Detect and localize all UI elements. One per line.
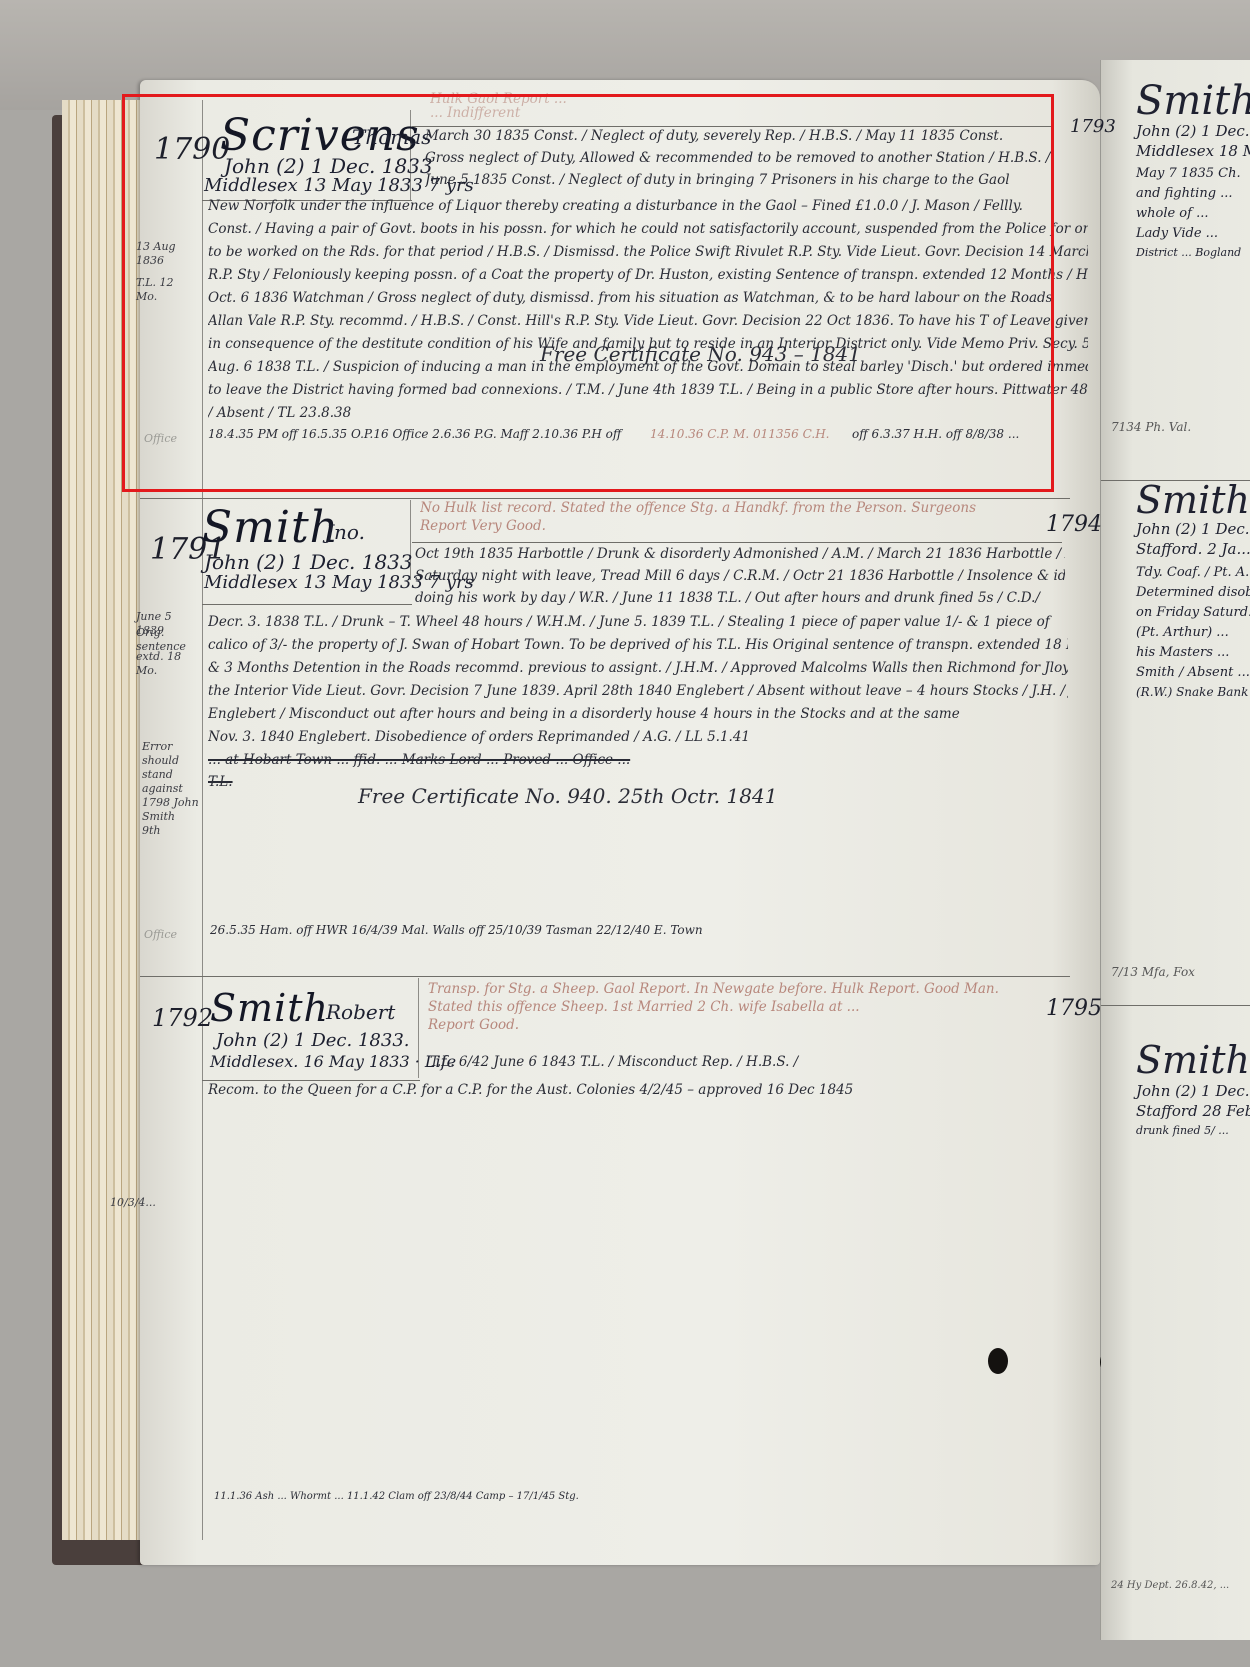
footer-line: 11.1.36 Ash ... Whormt ... 11.1.42 Clam … — [214, 1484, 634, 1509]
facing-note: his Masters ... — [1136, 645, 1229, 660]
facing-note: drunk fined 5/ ... — [1136, 1124, 1229, 1137]
facing-surname-3: Smith — [1136, 1038, 1250, 1082]
hulk-remark: Report Very Good. — [420, 514, 1060, 539]
struck-line: T.L. — [208, 770, 268, 795]
entry-number: 1792 — [152, 1004, 213, 1032]
facing-ship-2: John (2) 1 Dec. — [1136, 520, 1250, 538]
facing-surname-2: Smith — [1136, 478, 1250, 522]
record-line: doing his work by day / W.R. / June 11 1… — [415, 586, 1065, 611]
error-note-line: should stand — [142, 754, 200, 782]
record-line: & 3 Months Detention in the Roads recomm… — [208, 656, 1068, 681]
entry-trial: Middlesex. 16 May 1833 · Life — [210, 1052, 456, 1071]
facing-ship-1: John (2) 1 Dec. — [1136, 122, 1250, 140]
facing-note: Determined disobe... — [1136, 585, 1250, 600]
record-line: Recom. to the Queen for a C.P. for a C.P… — [208, 1078, 1068, 1103]
entry-ship: John (2) 1 Dec. 1833 — [204, 550, 413, 574]
facing-note: Tdy. Coaf. / Pt. A. — [1136, 565, 1249, 580]
hulk-remark: Report Good. — [428, 1016, 1068, 1034]
ink-blot — [988, 1348, 1008, 1374]
record-line: calico of 3/- the property of J. Swan of… — [208, 633, 1068, 658]
entry-ship: John (2) 1 Dec. 1833. — [216, 1030, 410, 1051]
margin-note: 10/3/4... — [110, 1196, 140, 1210]
record-line: the Interior Vide Lieut. Govr. Decision … — [208, 679, 1068, 704]
facing-footer: 24 Hy Dept. 26.8.42, ... — [1111, 1580, 1229, 1591]
facing-trial-3: Stafford 28 Feb. — [1136, 1102, 1250, 1120]
facing-ship-3: John (2) 1 Dec. — [1136, 1082, 1250, 1100]
error-note: Error should stand against 1798 John Smi… — [142, 740, 200, 838]
entry-given-name: Robert — [326, 1000, 395, 1024]
record-line: T.L. 6/42 June 6 1843 T.L. / Misconduct … — [430, 1050, 1050, 1075]
office-line: 26.5.35 Ham. off HWR 16/4/39 Mal. Walls … — [210, 918, 810, 943]
facing-note: Smith / Absent ... — [1136, 665, 1250, 680]
facing-entry-number: 1793 — [1070, 116, 1116, 137]
facing-note: District ... Bogland — [1136, 246, 1241, 259]
facing-trial-2: Stafford. 2 Ja... — [1136, 540, 1250, 558]
record-line: Englebert / Misconduct out after hours a… — [208, 702, 1068, 727]
facing-trial-1: Middlesex 18 May — [1136, 142, 1250, 160]
error-note-line: against — [142, 782, 200, 796]
record-line: Decr. 3. 1838 T.L. / Drunk – T. Wheel 48… — [208, 610, 1068, 635]
facing-entry-number: 1794 — [1046, 512, 1102, 537]
hulk-remark: Stated this offence Sheep. 1st Married 2… — [428, 998, 1068, 1016]
record-line: Nov. 3. 1840 Englebert. Disobedience of … — [208, 725, 1068, 750]
facing-note: May 7 1835 Ch. — [1136, 166, 1241, 181]
free-certificate: Free Certificate No. 940. 25th Octr. 184… — [358, 784, 777, 808]
entry-surname: Smith — [202, 502, 339, 553]
facing-page: Smith John (2) 1 Dec. Middlesex 18 May M… — [1100, 60, 1250, 1640]
error-note-line: 1798 John — [142, 796, 200, 810]
hulk-remark: Transp. for Stg. a Sheep. Gaol Report. I… — [428, 980, 1068, 998]
facing-office: 7134 Ph. Val. — [1111, 420, 1191, 434]
entry-given-name: Jno. — [326, 520, 365, 544]
error-note-line: Error — [142, 740, 200, 754]
entry-divider — [140, 976, 1070, 977]
error-note-line: 9th — [142, 824, 200, 838]
error-note-line: Smith — [142, 810, 200, 824]
entry-highlight-box — [122, 94, 1054, 492]
facing-office: 7/13 Mfa, Fox — [1111, 965, 1195, 979]
row-rule — [202, 604, 412, 605]
office-label: Office — [144, 928, 177, 942]
entry-surname: Smith — [210, 986, 329, 1030]
facing-note: and fighting ... — [1136, 186, 1233, 201]
struck-line: ... at Hobart Town ... ffid. ... Marks L… — [208, 748, 1068, 773]
margin-note: extd. 18 Mo. — [136, 650, 200, 678]
facing-entry-number: 1795 — [1046, 996, 1102, 1021]
facing-note: Lady Vide ... — [1136, 226, 1218, 241]
facing-note: on Friday Saturd... — [1136, 605, 1250, 620]
facing-surname-1: Smith — [1136, 78, 1250, 124]
facing-note: whole of ... — [1136, 206, 1208, 221]
facing-note: (R.W.) Snake Bank ... — [1136, 685, 1250, 699]
facing-note: (Pt. Arthur) ... — [1136, 625, 1229, 640]
